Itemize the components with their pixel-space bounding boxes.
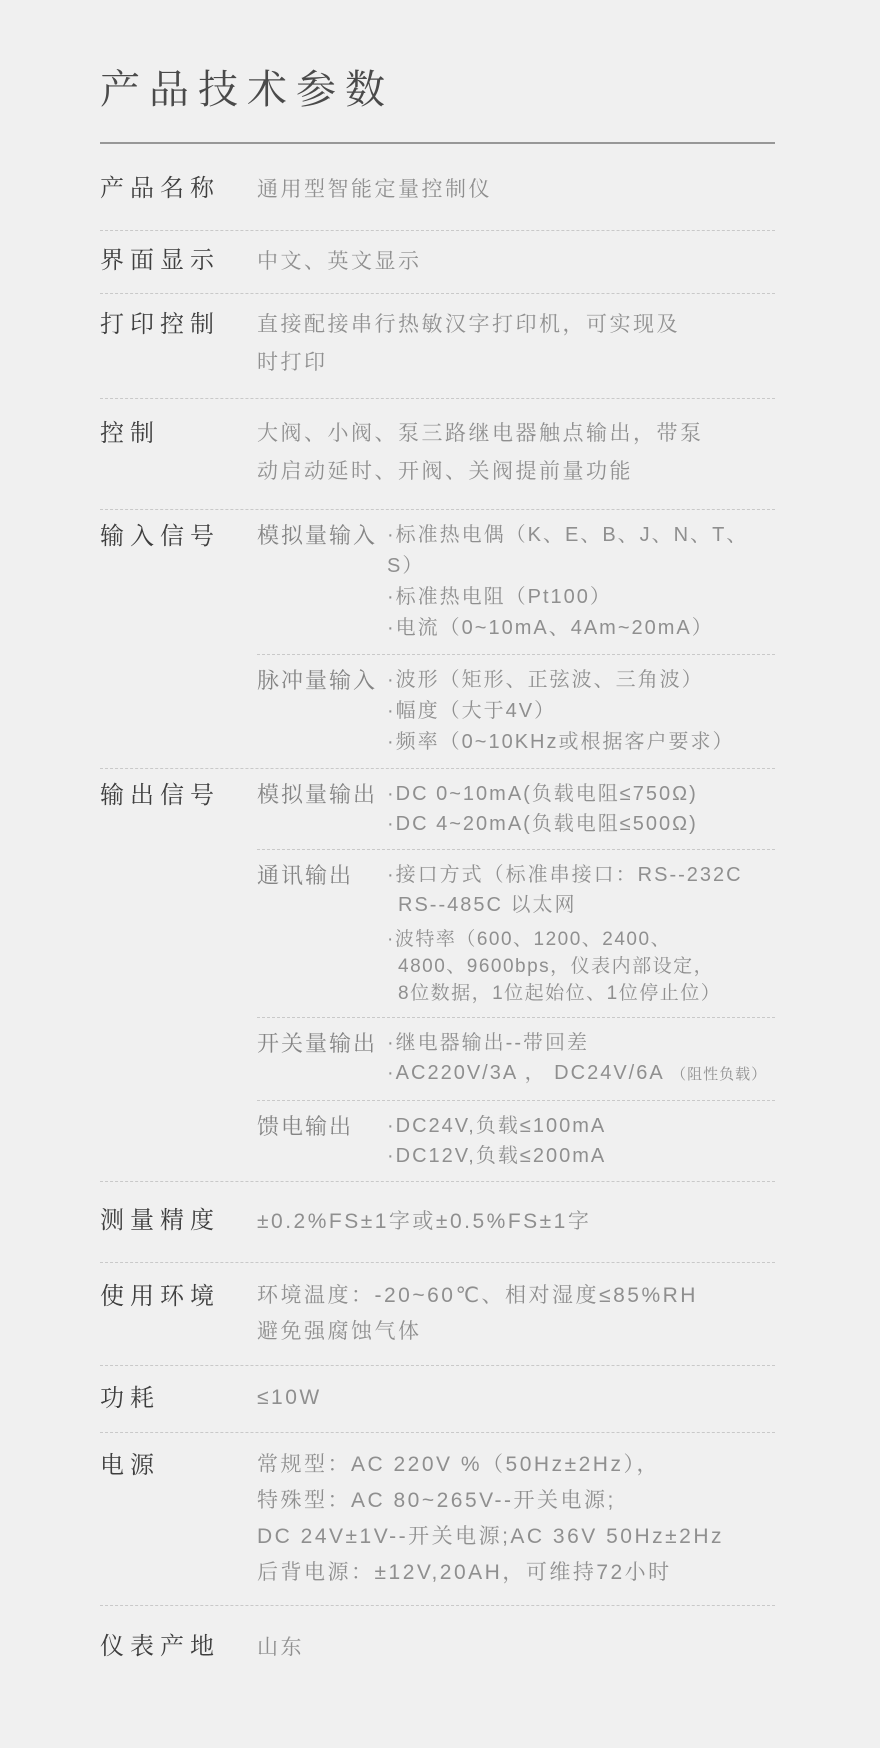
spec-item-text: ·AC220V/3A ， DC24V/6A xyxy=(387,1062,671,1084)
spec-subrow: 模拟量输入·标准热电偶（K、E、B、J、N、T、S）·标准热电阻（Pt100）·… xyxy=(257,510,775,654)
spec-value-line: 山东 xyxy=(257,1628,775,1668)
spec-row-origin: 仪表产地山东 xyxy=(100,1606,775,1708)
spec-value-line: DC 24V±1V--开关电源;AC 36V 50Hz±2Hz xyxy=(257,1519,775,1555)
spec-value-power-supply: 常规型：AC 220V %（50Hz±2Hz），特殊型：AC 80~265V--… xyxy=(257,1447,775,1591)
spec-item: 8位数据，1位起始位、1位停止位） xyxy=(387,980,775,1007)
spec-value-line: ±0.2%FS±1字或±0.5%FS±1字 xyxy=(257,1202,775,1242)
spec-item: ·波特率（600、1200、2400、 xyxy=(387,926,775,953)
spec-item-text: ·接口方式（标准串接口：RS--232C xyxy=(387,864,743,886)
spec-row-product-name: 产品名称通用型智能定量控制仪 xyxy=(100,144,775,231)
spec-value-display: 中文、英文显示 xyxy=(257,242,775,282)
spec-value-print-control: 直接配接串行热敏汉字打印机，可实现及时打印 xyxy=(257,306,775,382)
spec-item-text: ·波形（矩形、正弦波、三角波） xyxy=(387,669,704,691)
spec-row-display: 界面显示中文、英文显示 xyxy=(100,231,775,294)
spec-row-input-signal: 输入信号模拟量输入·标准热电偶（K、E、B、J、N、T、S）·标准热电阻（Pt1… xyxy=(100,510,775,769)
spec-subrow: 通讯输出·接口方式（标准串接口：RS--232CRS--485C 以太网·波特率… xyxy=(257,849,775,1017)
spec-value-environment: 环境温度：-20~60℃、相对湿度≤85%RH避免强腐蚀气体 xyxy=(257,1278,775,1350)
spec-items: ·波形（矩形、正弦波、三角波）·幅度（大于4V）·频率（0~10KHz或根据客户… xyxy=(387,665,775,758)
spec-subgroups-output-signal: 模拟量输出·DC 0~10mA(负载电阻≤750Ω)·DC 4~20mA(负载电… xyxy=(257,769,775,1181)
spec-row-control: 控制大阀、小阀、泵三路继电器触点输出，带泵动启动延时、开阀、关阀提前量功能 xyxy=(100,399,775,510)
spec-value-line: 环境温度：-20~60℃、相对湿度≤85%RH xyxy=(257,1278,775,1314)
spec-sublabel: 脉冲量输入 xyxy=(257,665,387,696)
spec-value-line: 后背电源：±12V,20AH，可维持72小时 xyxy=(257,1555,775,1591)
spec-label-output-signal: 输出信号 xyxy=(100,769,257,813)
spec-value-line: 直接配接串行热敏汉字打印机，可实现及 xyxy=(257,306,775,344)
spec-value-line: 避免强腐蚀气体 xyxy=(257,1314,775,1350)
spec-item: 4800、9600bps，仪表内部设定， xyxy=(387,953,775,980)
spec-item-text: ·电流（0~10mA、4Am~20mA） xyxy=(387,617,714,639)
spec-sublabel: 模拟量输出 xyxy=(257,779,387,810)
spec-items: ·接口方式（标准串接口：RS--232CRS--485C 以太网·波特率（600… xyxy=(387,860,775,1007)
spec-value-line: ≤10W xyxy=(257,1380,775,1416)
spec-row-print-control: 打印控制直接配接串行热敏汉字打印机，可实现及时打印 xyxy=(100,294,775,399)
spec-item: ·DC 0~10mA(负载电阻≤750Ω) xyxy=(387,779,775,809)
spec-value-line: 中文、英文显示 xyxy=(257,242,775,282)
spec-value-control: 大阀、小阀、泵三路继电器触点输出，带泵动启动延时、开阀、关阀提前量功能 xyxy=(257,415,775,491)
spec-item-text: ·波特率（600、1200、2400、 xyxy=(387,929,671,950)
spec-item-text: ·频率（0~10KHz或根据客户要求） xyxy=(387,731,735,753)
spec-label-accuracy: 测量精度 xyxy=(100,1202,257,1240)
spec-value-accuracy: ±0.2%FS±1字或±0.5%FS±1字 xyxy=(257,1202,775,1242)
spec-label-power-consumption: 功耗 xyxy=(100,1380,257,1418)
spec-label-display: 界面显示 xyxy=(100,242,257,280)
spec-items: ·标准热电偶（K、E、B、J、N、T、S）·标准热电阻（Pt100）·电流（0~… xyxy=(387,520,775,644)
spec-sublabel: 开关量输出 xyxy=(257,1028,387,1059)
spec-value-line: 特殊型：AC 80~265V--开关电源; xyxy=(257,1483,775,1519)
spec-value-origin: 山东 xyxy=(257,1628,775,1668)
spec-subgroups-input-signal: 模拟量输入·标准热电偶（K、E、B、J、N、T、S）·标准热电阻（Pt100）·… xyxy=(257,510,775,768)
spec-value-line: 时打印 xyxy=(257,344,775,382)
spec-item: ·标准热电偶（K、E、B、J、N、T、S） xyxy=(387,520,775,582)
spec-subrow: 模拟量输出·DC 0~10mA(负载电阻≤750Ω)·DC 4~20mA(负载电… xyxy=(257,769,775,849)
product-spec-page: 产品技术参数 产品名称通用型智能定量控制仪界面显示中文、英文显示打印控制直接配接… xyxy=(0,0,880,1748)
spec-value-product-name: 通用型智能定量控制仪 xyxy=(257,170,775,210)
spec-row-power-supply: 电源常规型：AC 220V %（50Hz±2Hz），特殊型：AC 80~265V… xyxy=(100,1433,775,1606)
spec-value-line: 通用型智能定量控制仪 xyxy=(257,170,775,210)
spec-label-product-name: 产品名称 xyxy=(100,170,257,208)
spec-item: RS--485C 以太网 xyxy=(387,890,775,920)
spec-table: 产品名称通用型智能定量控制仪界面显示中文、英文显示打印控制直接配接串行热敏汉字打… xyxy=(100,144,775,1708)
spec-value-line: 常规型：AC 220V %（50Hz±2Hz）， xyxy=(257,1447,775,1483)
spec-label-origin: 仪表产地 xyxy=(100,1628,257,1666)
spec-subrow: 开关量输出·继电器输出--带回差·AC220V/3A ， DC24V/6A （阻… xyxy=(257,1017,775,1100)
spec-item: ·DC 4~20mA(负载电阻≤500Ω) xyxy=(387,809,775,839)
spec-item-text: ·幅度（大于4V） xyxy=(387,700,556,722)
spec-item-text: ·DC 0~10mA(负载电阻≤750Ω) xyxy=(387,783,698,805)
spec-sublabel: 通讯输出 xyxy=(257,860,387,891)
spec-value-line: 动启动延时、开阀、关阀提前量功能 xyxy=(257,453,775,491)
spec-item: ·DC12V,负载≤200mA xyxy=(387,1141,775,1171)
spec-subrow: 馈电输出·DC24V,负载≤100mA·DC12V,负载≤200mA xyxy=(257,1100,775,1181)
spec-item: ·电流（0~10mA、4Am~20mA） xyxy=(387,613,775,644)
spec-label-environment: 使用环境 xyxy=(100,1278,257,1316)
spec-item-text: ·DC12V,负载≤200mA xyxy=(387,1145,606,1167)
spec-label-control: 控制 xyxy=(100,415,257,453)
spec-item: ·频率（0~10KHz或根据客户要求） xyxy=(387,727,775,758)
spec-item-text: RS--485C 以太网 xyxy=(398,894,576,916)
spec-item-text: 8位数据，1位起始位、1位停止位） xyxy=(398,983,721,1004)
spec-items: ·DC24V,负载≤100mA·DC12V,负载≤200mA xyxy=(387,1111,775,1171)
spec-item: ·幅度（大于4V） xyxy=(387,696,775,727)
spec-label-print-control: 打印控制 xyxy=(100,306,257,344)
page-title: 产品技术参数 xyxy=(100,66,775,114)
spec-label-power-supply: 电源 xyxy=(100,1447,257,1485)
spec-row-power-consumption: 功耗≤10W xyxy=(100,1366,775,1433)
spec-items: ·DC 0~10mA(负载电阻≤750Ω)·DC 4~20mA(负载电阻≤500… xyxy=(387,779,775,839)
spec-items: ·继电器输出--带回差·AC220V/3A ， DC24V/6A （阻性负载） xyxy=(387,1028,775,1090)
spec-item-small-note: （阻性负载） xyxy=(671,1066,767,1083)
spec-item: ·标准热电阻（Pt100） xyxy=(387,582,775,613)
spec-row-environment: 使用环境环境温度：-20~60℃、相对湿度≤85%RH避免强腐蚀气体 xyxy=(100,1263,775,1366)
spec-item: ·接口方式（标准串接口：RS--232C xyxy=(387,860,775,890)
spec-item: ·AC220V/3A ， DC24V/6A （阻性负载） xyxy=(387,1058,775,1090)
spec-item-text: ·标准热电阻（Pt100） xyxy=(387,586,612,608)
spec-item-text: ·DC24V,负载≤100mA xyxy=(387,1115,606,1137)
spec-item: ·波形（矩形、正弦波、三角波） xyxy=(387,665,775,696)
spec-item: ·继电器输出--带回差 xyxy=(387,1028,775,1058)
spec-value-line: 大阀、小阀、泵三路继电器触点输出，带泵 xyxy=(257,415,775,453)
spec-item-text: ·继电器输出--带回差 xyxy=(387,1032,589,1054)
spec-label-input-signal: 输入信号 xyxy=(100,510,257,554)
spec-item-text: ·标准热电偶（K、E、B、J、N、T、S） xyxy=(387,524,748,577)
spec-subrow: 脉冲量输入·波形（矩形、正弦波、三角波）·幅度（大于4V）·频率（0~10KHz… xyxy=(257,654,775,768)
spec-item-text: 4800、9600bps，仪表内部设定， xyxy=(398,956,714,977)
spec-value-power-consumption: ≤10W xyxy=(257,1380,775,1416)
spec-item: ·DC24V,负载≤100mA xyxy=(387,1111,775,1141)
spec-item-text: ·DC 4~20mA(负载电阻≤500Ω) xyxy=(387,813,698,835)
spec-sublabel: 馈电输出 xyxy=(257,1111,387,1142)
spec-sublabel: 模拟量输入 xyxy=(257,520,387,551)
spec-row-output-signal: 输出信号模拟量输出·DC 0~10mA(负载电阻≤750Ω)·DC 4~20mA… xyxy=(100,769,775,1182)
spec-row-accuracy: 测量精度±0.2%FS±1字或±0.5%FS±1字 xyxy=(100,1182,775,1263)
